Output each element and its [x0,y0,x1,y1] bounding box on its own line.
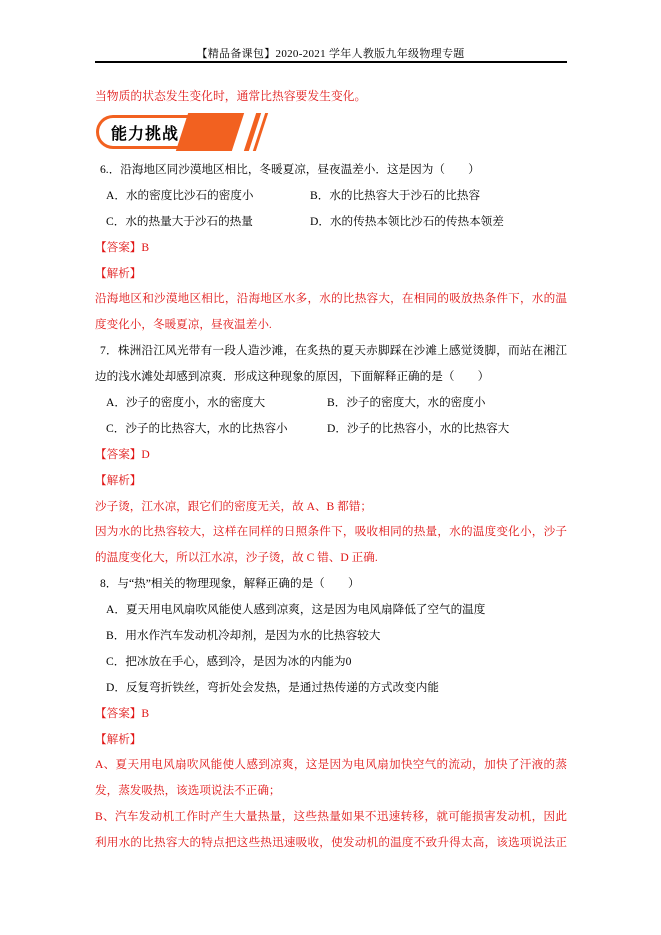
header-rule [95,61,567,63]
q7-answer-label: 【答案】 [95,448,141,461]
q6-stem: 6.．沿海地区同沙漠地区相比，冬暖夏凉，昼夜温差小．这是因为（ ） [95,157,567,183]
q7-stem-line-2: 边的浅水滩处却感到凉爽．形成这种现象的原因，下面解释正确的是（ ） [95,364,567,390]
badge-label: 能力挑战 [111,121,179,144]
q7-analysis-line-1: 沙子烫，江水凉，跟它们的密度无关，故 A、B 都错； [95,494,567,520]
q6-answer-label: 【答案】 [95,241,141,254]
q6-options-row-ab: A．水的密度比沙石的密度小 B．水的比热容大于沙石的比热容 [95,183,567,209]
q8-answer-value: B [141,707,149,720]
q7-analysis-label: 【解析】 [95,468,567,494]
header-title: 【精品备课包】2020-2021 学年人教版九年级物理专题 [0,45,661,61]
q8-analysis-line-1: A、夏天用电风扇吹风能使人感到凉爽，这是因为电风扇加快空气的流动，加快了汗液的蒸 [95,752,567,778]
q8-analysis-label: 【解析】 [95,727,567,753]
q8-analysis-line-3: B、汽车发动机工作时产生大量热量，这些热量如果不迅速转移，就可能损害发动机，因此 [95,804,567,830]
q7-option-d: D．沙子的比热容小，水的比热容大 [327,416,509,442]
q8-answer-line: 【答案】B [95,701,567,727]
q6-analysis-label: 【解析】 [95,261,567,287]
q8-option-d: D．反复弯折铁丝，弯折处会发热，是通过热传递的方式改变内能 [95,675,567,701]
q6-answer-value: B [141,241,149,254]
q7-analysis-line-3: 的温度变化大，所以江水凉，沙子烫，故 C 错、D 正确. [95,545,567,571]
q8-analysis-line-4: 利用水的比热容大的特点把这些热迅速吸收，使发动机的温度不致升得太高，该选项说法正 [95,830,567,856]
intro-note: 当物质的状态发生变化时，通常比热容要发生变化。 [95,87,567,105]
q8-analysis-line-2: 发，蒸发吸热，该选项说法不正确； [95,778,567,804]
q6-option-b: B．水的比热容大于沙石的比热容 [310,183,480,209]
q8-answer-label: 【答案】 [95,707,141,720]
q6-analysis-line-1: 沿海地区和沙漠地区相比，沿海地区水多，水的比热容大，在相同的吸放热条件下，水的温 [95,286,567,312]
q8-option-c: C．把冰放在手心，感到冷，是因为冰的内能为0 [95,649,567,675]
q6-option-c: C．水的热量大于沙石的热量 [106,215,253,228]
q6-option-a: A．水的密度比沙石的密度小 [106,189,254,202]
q7-analysis-line-2: 因为水的比热容较大，这样在同样的日照条件下，吸收相同的热量，水的温度变化小，沙子 [95,519,567,545]
q7-options-row-ab: A．沙子的密度小，水的密度大 B．沙子的密度大，水的密度小 [95,390,567,416]
badge-flag [176,113,244,151]
ability-challenge-badge: 能力挑战 [96,113,281,153]
q6-answer-line: 【答案】B [95,235,567,261]
q7-answer-value: D [141,448,149,461]
q6-options-row-cd: C．水的热量大于沙石的热量 D．水的传热本领比沙石的传热本领差 [95,209,567,235]
q7-option-c: C．沙子的比热容大，水的比热容小 [106,422,288,435]
q7-stem-line-1: 7．株洲沿江风光带有一段人造沙滩，在炙热的夏天赤脚踩在沙滩上感觉烫脚，而站在湘江 [95,338,567,364]
q7-option-a: A．沙子的密度小，水的密度大 [106,396,265,409]
q8-option-a: A．夏天用电风扇吹风能使人感到凉爽，这是因为电风扇降低了空气的温度 [95,597,567,623]
questions-content: 6.．沿海地区同沙漠地区相比，冬暖夏凉，昼夜温差小．这是因为（ ） A．水的密度… [95,157,567,856]
q7-option-b: B．沙子的密度大，水的密度小 [327,390,485,416]
q7-answer-line: 【答案】D [95,442,567,468]
q6-option-d: D．水的传热本领比沙石的传热本领差 [310,209,504,235]
q6-analysis-line-2: 度变化小，冬暖夏凉，昼夜温差小. [95,312,567,338]
q8-option-b: B．用水作汽车发动机冷却剂，是因为水的比热容较大 [95,623,567,649]
q8-stem: 8．与“热”相关的物理现象，解释正确的是（ ） [95,571,567,597]
document-page: 【精品备课包】2020-2021 学年人教版九年级物理专题 当物质的状态发生变化… [0,0,661,935]
q7-options-row-cd: C．沙子的比热容大，水的比热容小 D．沙子的比热容小，水的比热容大 [95,416,567,442]
